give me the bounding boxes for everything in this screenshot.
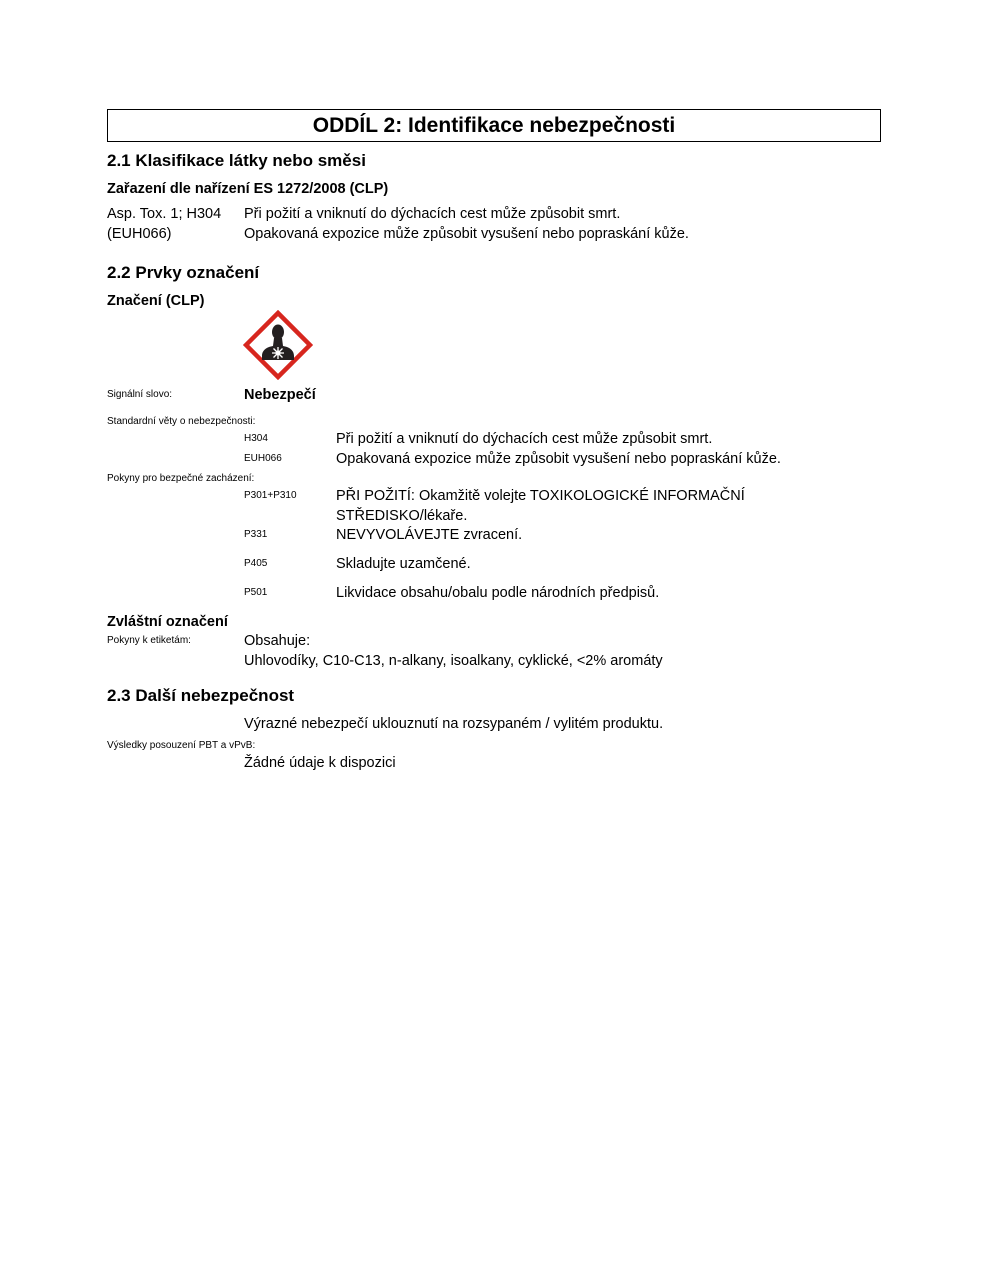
hazard-code: EUH066 bbox=[244, 453, 282, 464]
hazard-text: Opakovaná expozice může způsobit vysušen… bbox=[336, 451, 781, 467]
classification-text: Při požití a vniknutí do dýchacích cest … bbox=[244, 206, 620, 222]
heading-2-1: 2.1 Klasifikace látky nebo směsi bbox=[107, 151, 366, 171]
precaution-text: NEVYVOLÁVEJTE zvracení. bbox=[336, 527, 522, 543]
hazard-code: H304 bbox=[244, 433, 268, 444]
pbt-assessment-label: Výsledky posouzení PBT a vPvB: bbox=[107, 740, 255, 751]
section-title: ODDÍL 2: Identifikace nebezpečnosti bbox=[107, 109, 881, 142]
precaution-text: Skladujte uzamčené. bbox=[336, 556, 471, 572]
labelling-subheading: Značení (CLP) bbox=[107, 293, 204, 309]
other-hazard-text: Výrazné nebezpečí uklouznutí na rozsypan… bbox=[244, 716, 663, 732]
pbt-assessment-value: Žádné údaje k dispozici bbox=[244, 755, 396, 771]
classification-code: (EUH066) bbox=[107, 226, 171, 242]
label-instructions-label: Pokyny k etiketám: bbox=[107, 635, 191, 646]
signal-word: Nebezpečí bbox=[244, 387, 316, 403]
hazard-text: Při požití a vniknutí do dýchacích cest … bbox=[336, 431, 712, 447]
classification-code: Asp. Tox. 1; H304 bbox=[107, 206, 221, 222]
precaution-text: PŘI POŽITÍ: Okamžitě volejte TOXIKOLOGIC… bbox=[336, 488, 745, 504]
precaution-text-continued: STŘEDISKO/lékaře. bbox=[336, 508, 467, 524]
precaution-code: P331 bbox=[244, 529, 267, 540]
clp-classification-subheading: Zařazení dle nařízení ES 1272/2008 (CLP) bbox=[107, 181, 388, 197]
contains-label: Obsahuje: bbox=[244, 633, 310, 649]
heading-2-2: 2.2 Prvky označení bbox=[107, 263, 259, 283]
precaution-code: P405 bbox=[244, 558, 267, 569]
heading-2-3: 2.3 Další nebezpečnost bbox=[107, 686, 294, 706]
precaution-text: Likvidace obsahu/obalu podle národních p… bbox=[336, 585, 659, 601]
signal-word-label: Signální slovo: bbox=[107, 389, 172, 400]
precautionary-statements-label: Pokyny pro bezpečné zacházení: bbox=[107, 473, 254, 484]
special-labelling-heading: Zvláštní označení bbox=[107, 614, 228, 630]
precaution-code: P301+P310 bbox=[244, 490, 297, 501]
health-hazard-icon bbox=[243, 310, 313, 380]
contains-value: Uhlovodíky, C10-C13, n-alkany, isoalkany… bbox=[244, 653, 663, 669]
hazard-statements-label: Standardní věty o nebezpečnosti: bbox=[107, 416, 255, 427]
classification-text: Opakovaná expozice může způsobit vysušen… bbox=[244, 226, 689, 242]
precaution-code: P501 bbox=[244, 587, 267, 598]
